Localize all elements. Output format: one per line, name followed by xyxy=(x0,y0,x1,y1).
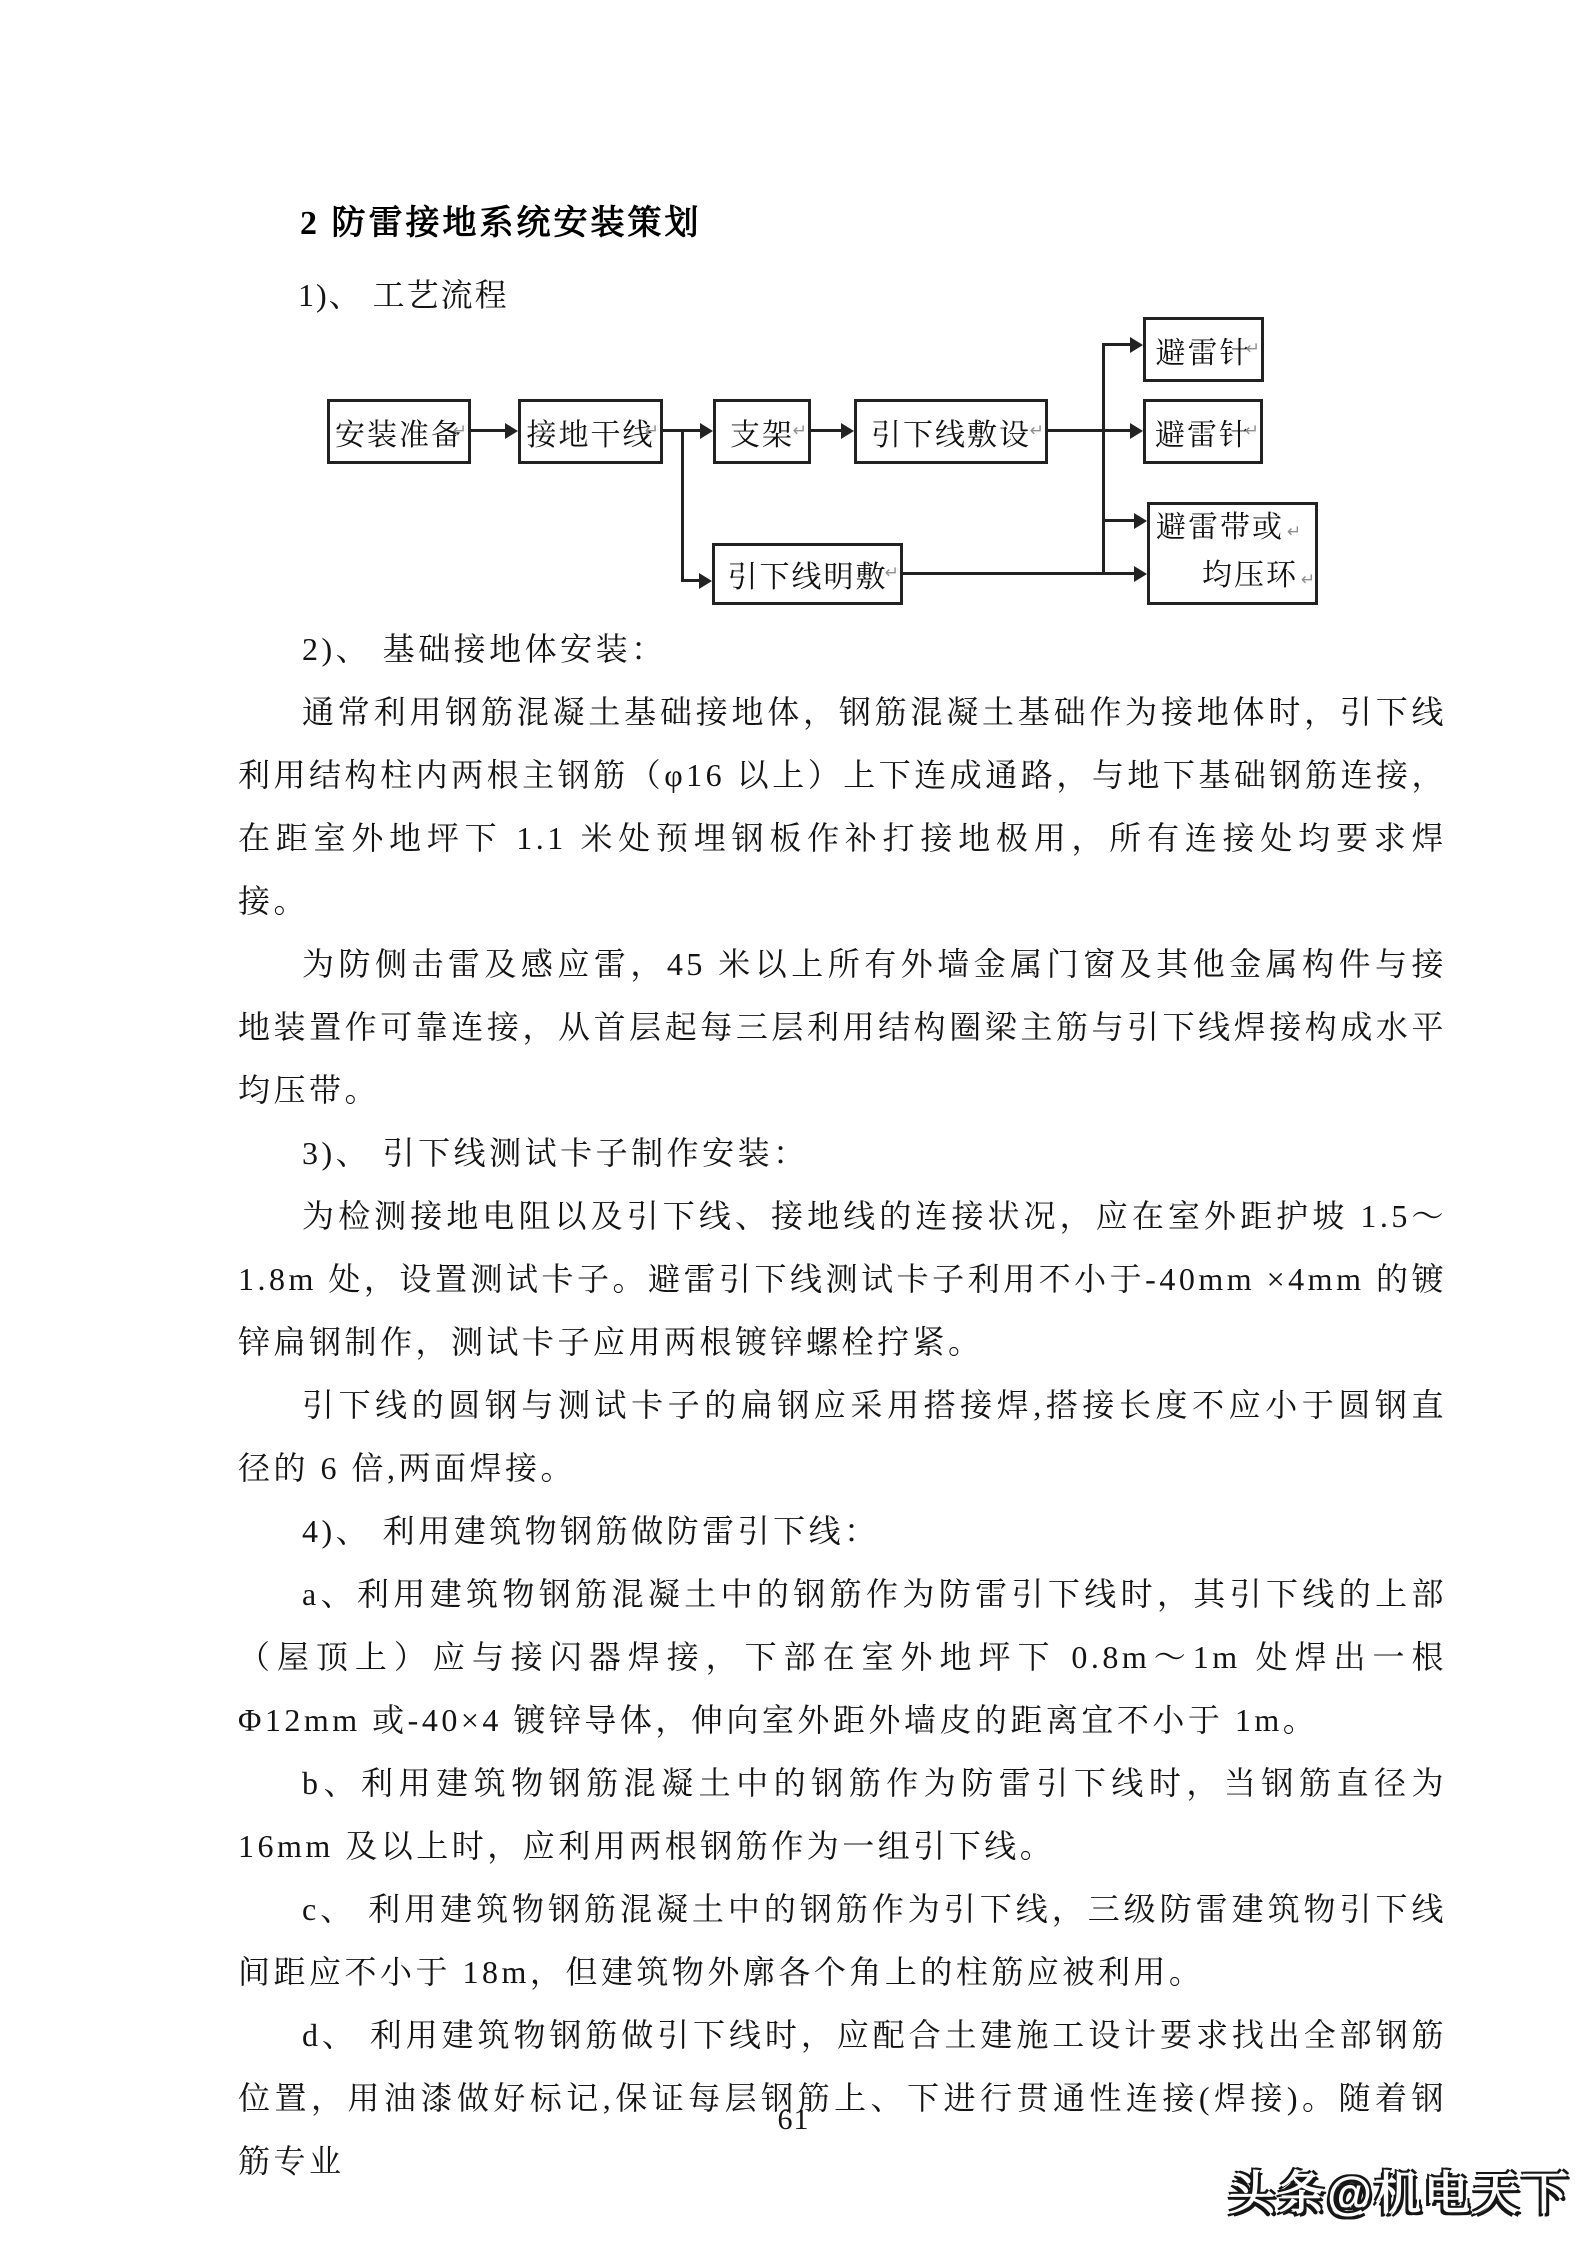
paragraph: 引下线的圆钢与测试卡子的扁钢应采用搭接焊,搭接长度不应小于圆钢直径的 6 倍,两… xyxy=(238,1374,1447,1500)
body-paragraphs: 2)、 基础接地体安装：通常利用钢筋混凝土基础接地体，钢筋混凝土基础作为接地体时… xyxy=(238,618,1447,2193)
flowchart-node-down-lead-laying: 引下线敷设 ↵ xyxy=(854,399,1048,464)
flowchart-arrowhead xyxy=(841,423,854,439)
flowchart-connector xyxy=(681,579,699,582)
flowchart-arrowhead xyxy=(1134,566,1147,582)
flowchart-node-label: 安装准备 xyxy=(335,410,463,454)
flowchart-connector xyxy=(1102,343,1130,346)
paragraph-mark-icon: ↵ xyxy=(1030,421,1044,441)
paragraph-mark-icon: ↵ xyxy=(1301,570,1315,589)
paragraph: 为防侧击雷及感应雷，45 米以上所有外墙金属门窗及其他金属构件与接地装置作可靠连… xyxy=(238,933,1447,1122)
flowchart-connector xyxy=(811,429,842,432)
paragraph: 通常利用钢筋混凝土基础接地体，钢筋混凝土基础作为接地体时，引下线利用结构柱内两根… xyxy=(238,681,1447,933)
process-flowchart: 安装准备 ↵ 接地干线 ↵ 支架 ↵ 引下线敷设 ↵ 避雷针 ↵ 避雷针 ↵ 避… xyxy=(225,312,1395,618)
flowchart-node-label-line1: 避雷带或↵ xyxy=(1156,506,1301,554)
flowchart-node-label: 避雷针 xyxy=(1156,328,1252,372)
flowchart-node-lightning-belt-or-equalizing-ring: 避雷带或↵ 均压环↵ xyxy=(1147,502,1318,605)
flowchart-connector xyxy=(471,429,506,432)
flowchart-connector xyxy=(1102,519,1134,522)
paragraph-mark-icon: ↵ xyxy=(885,563,899,583)
paragraph: c、 利用建筑物钢筋混凝土中的钢筋作为引下线，三级防雷建筑物引下线间距应不小于 … xyxy=(238,1878,1447,2004)
flowchart-node-label-line2: 均压环↵ xyxy=(1156,554,1315,602)
flowchart-node-label: 避雷针 xyxy=(1155,410,1251,454)
flowchart-arrowhead xyxy=(699,573,712,589)
flowchart-arrowhead xyxy=(1134,513,1147,529)
document-page: 2 防雷接地系统安装策划 1)、 工艺流程 安装准备 ↵ 接地干线 ↵ 支架 ↵… xyxy=(0,0,1587,2245)
paragraph-mark-icon: ↵ xyxy=(1287,522,1301,541)
flowchart-connector xyxy=(681,429,684,582)
flowchart-node-bracket: 支架 ↵ xyxy=(713,399,811,464)
flowchart-connector xyxy=(1048,429,1130,432)
flowchart-arrowhead xyxy=(505,423,518,439)
flowchart-node-install-preparation: 安装准备 ↵ xyxy=(327,399,471,464)
flowchart-node-air-terminal-1: 避雷针 ↵ xyxy=(1143,317,1264,382)
flowchart-node-air-terminal-2: 避雷针 ↵ xyxy=(1143,399,1263,464)
paragraph: 4)、 利用建筑物钢筋做防雷引下线： xyxy=(238,1500,1447,1563)
flowchart-arrowhead xyxy=(700,423,713,439)
paragraph-mark-icon: ↵ xyxy=(453,421,467,441)
flowchart-node-label: 支架 xyxy=(730,410,794,454)
flowchart-node-grounding-trunk-line: 接地干线 ↵ xyxy=(518,399,663,464)
paragraph-mark-icon: ↵ xyxy=(793,421,807,441)
paragraph-mark-icon: ↵ xyxy=(1245,421,1259,441)
paragraph: b、利用建筑物钢筋混凝土中的钢筋作为防雷引下线时，当钢筋直径为 16mm 及以上… xyxy=(238,1752,1447,1878)
section-heading: 2 防雷接地系统安装策划 xyxy=(300,200,1447,248)
flowchart-node-down-lead-exposed: 引下线明敷 ↵ xyxy=(712,543,903,605)
flowchart-node-label: 接地干线 xyxy=(527,410,655,454)
paragraph: a、利用建筑物钢筋混凝土中的钢筋作为防雷引下线时，其引下线的上部（屋顶上）应与接… xyxy=(238,1563,1447,1752)
page-number: 61 xyxy=(0,2103,1587,2137)
paragraph: 3)、 引下线测试卡子制作安装： xyxy=(238,1122,1447,1185)
flowchart-arrowhead xyxy=(1130,337,1143,353)
watermark: 头条@机电天下 xyxy=(1229,2157,1571,2223)
paragraph-mark-icon: ↵ xyxy=(645,421,659,441)
flowchart-connector xyxy=(1102,343,1105,574)
paragraph: 为检测接地电阻以及引下线、接地线的连接状况，应在室外距护坡 1.5～1.8m 处… xyxy=(238,1185,1447,1374)
flowchart-connector xyxy=(903,572,1134,575)
flowchart-node-label: 引下线敷设 xyxy=(871,410,1031,454)
paragraph: 2)、 基础接地体安装： xyxy=(238,618,1447,681)
paragraph-mark-icon: ↵ xyxy=(1246,339,1260,359)
flowchart-node-label: 引下线明敷 xyxy=(728,552,888,596)
flowchart-arrowhead xyxy=(1130,423,1143,439)
